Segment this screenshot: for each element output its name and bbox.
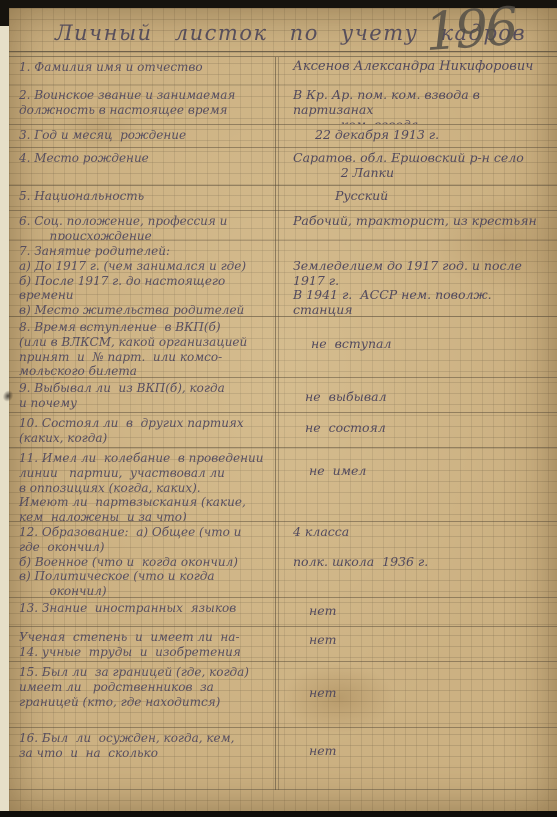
question-cell: 11. Имел ли колебание в проведении линии… (9, 448, 275, 521)
document-header: Личный листок по учету кадров 196 (9, 8, 557, 57)
form-table: 1. Фамилия имя и отчество Аксенов Алекса… (9, 57, 557, 790)
form-row-1: 1. Фамилия имя и отчество Аксенов Алекса… (9, 57, 557, 85)
column-divider (275, 57, 279, 790)
question-cell: 15. Был ли за границей (где, когда) имее… (9, 662, 275, 727)
question-cell: 12. Образование: а) Общее (что и где око… (9, 522, 275, 597)
answer-cell: Рабочий, тракторист, из крестьян (275, 211, 557, 240)
form-row-15: 15. Был ли за границей (где, когда) имее… (9, 662, 557, 728)
question-cell: 2. Воинское звание и занимаемая должност… (9, 85, 275, 124)
answer-cell: нет (275, 598, 557, 626)
answer-cell: Русский (275, 186, 557, 210)
form-row-4: 4. Место рождение Саратов. обл. Ершовски… (9, 148, 557, 186)
question-cell: 16. Был ли осужден, когда, кем, за что и… (9, 728, 275, 789)
question-cell: 7. Занятие родителей: а) До 1917 г. (чем… (9, 241, 275, 316)
scan-bottom-edge (0, 811, 557, 817)
answer-cell: не выбывал (275, 378, 557, 412)
question-cell: 8. Время вступление в ВКП(б) (или в ВЛКС… (9, 317, 275, 377)
answer-cell: не вступал (275, 317, 557, 377)
answer-cell: 4 класса полк. школа 1936 г. (275, 522, 557, 597)
form-row-5: 5. Национальность Русский (9, 186, 557, 211)
question-cell: Ученая степень и имеет ли на- 14. учные … (9, 627, 275, 661)
answer-cell: нет (275, 627, 557, 661)
answer-cell: 22 декабря 1913 г. (275, 125, 557, 147)
question-cell: 4. Место рождение (9, 148, 275, 185)
question-cell: 13. Знание иностранных языков (9, 598, 275, 626)
answer-cell: В Кр. Ар. пом. ком. взвода в партизанах … (275, 85, 557, 124)
answer-cell: не состоял (275, 413, 557, 447)
form-row-11: 11. Имел ли колебание в проведении линии… (9, 448, 557, 522)
answer-cell: Земледелием до 1917 год. и после 1917 г.… (275, 241, 557, 316)
answer-cell: нет (275, 728, 557, 789)
answer-cell: не имел (275, 448, 557, 521)
question-cell: 9. Выбывал ли из ВКП(б), когда и почему (9, 378, 275, 412)
answer-cell: нет (275, 662, 557, 727)
form-row-3: 3. Год и месяц рождение 22 декабря 1913 … (9, 125, 557, 148)
question-cell: 1. Фамилия имя и отчество (9, 57, 275, 84)
form-row-2: 2. Воинское звание и занимаемая должност… (9, 85, 557, 125)
form-row-12: 12. Образование: а) Общее (что и где око… (9, 522, 557, 598)
answer-cell: Саратов. обл. Ершовский р-н село 2 Лапки (275, 148, 557, 185)
form-row-16: 16. Был ли осужден, когда, кем, за что и… (9, 728, 557, 790)
form-row-6: 6. Соц. положение, профессия и происхожд… (9, 211, 557, 241)
form-row-9: 9. Выбывал ли из ВКП(б), когда и почему … (9, 378, 557, 413)
form-row-8: 8. Время вступление в ВКП(б) (или в ВЛКС… (9, 317, 557, 378)
form-row-7: 7. Занятие родителей: а) До 1917 г. (чем… (9, 241, 557, 317)
question-cell: 3. Год и месяц рождение (9, 125, 275, 147)
question-cell: 10. Состоял ли в других партиях (каких, … (9, 413, 275, 447)
question-cell: 6. Соц. положение, профессия и происхожд… (9, 211, 275, 240)
question-cell: 5. Национальность (9, 186, 275, 210)
form-row-14: Ученая степень и имеет ли на- 14. учные … (9, 627, 557, 662)
answer-cell: Аксенов Александра Никифорович (275, 57, 557, 84)
form-row-13: 13. Знание иностранных языков нет (9, 598, 557, 627)
form-row-10: 10. Состоял ли в других партиях (каких, … (9, 413, 557, 448)
document-paper: Личный листок по учету кадров 196 1. Фам… (9, 8, 557, 812)
